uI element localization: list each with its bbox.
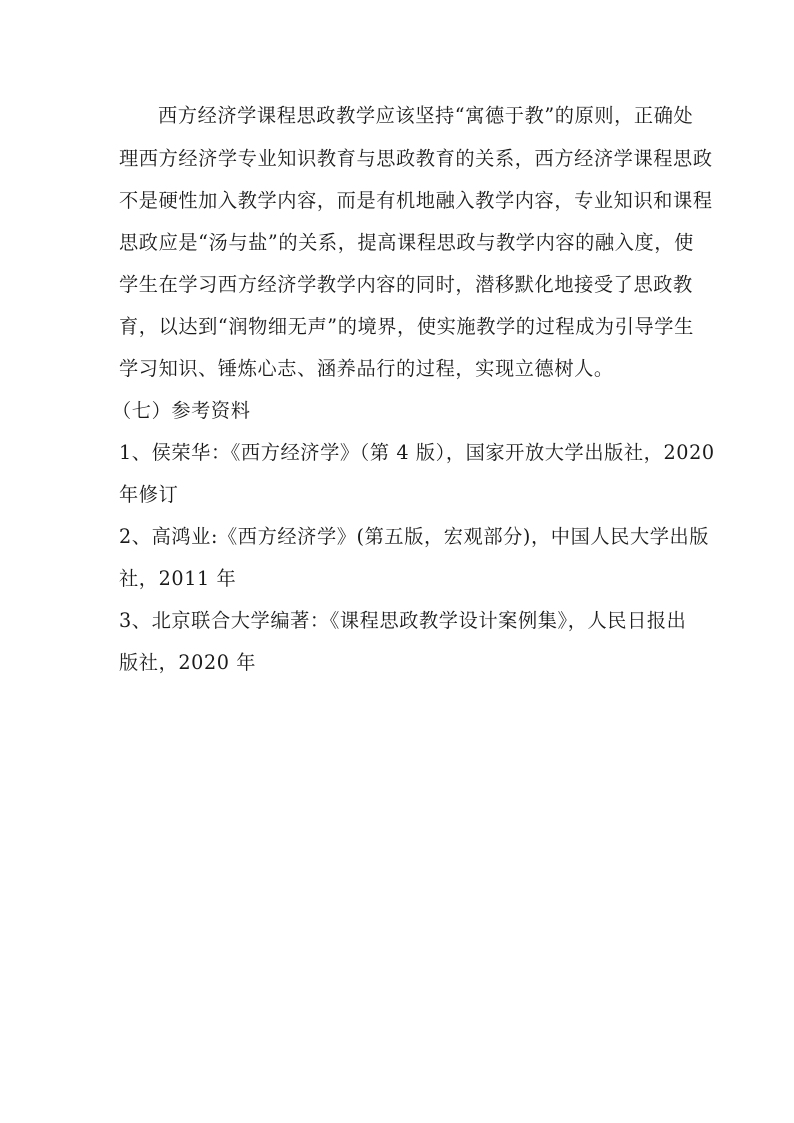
paragraph-line: 理西方经济学专业知识教育与思政教育的关系，西方经济学课程思政: [119, 147, 679, 171]
reference-item: 2、高鸿业:《西方经济学》(第五版，宏观部分)，中国人民大学出版: [119, 525, 679, 549]
reference-item-continued: 社，2011 年: [119, 567, 679, 591]
document-page: 西方经济学课程思政教学应该坚持“寓德于教”的原则，正确处 理西方经济学专业知识教…: [0, 0, 794, 1123]
reference-item-continued: 年修订: [119, 483, 679, 507]
reference-item: 3、北京联合大学编著：《课程思政教学设计案例集》，人民日报出: [119, 609, 679, 633]
reference-item: 1、侯荣华：《西方经济学》（第 4 版），国家开放大学出版社，2020: [119, 441, 679, 465]
paragraph-line: 思政应是“汤与盐”的关系，提高课程思政与教学内容的融入度，使: [119, 231, 679, 255]
section-heading: （七）参考资料: [112, 399, 672, 423]
paragraph-line: 学生在学习西方经济学教学内容的同时，潜移默化地接受了思政教: [119, 273, 679, 297]
reference-item-continued: 版社，2020 年: [119, 651, 679, 675]
paragraph-line: 学习知识、锤炼心志、涵养品行的过程，实现立德树人。: [119, 357, 679, 381]
paragraph-line: 不是硬性加入教学内容，而是有机地融入教学内容，专业知识和课程: [119, 189, 679, 213]
paragraph-line: 育，以达到“润物细无声”的境界，使实施教学的过程成为引导学生: [119, 315, 679, 339]
paragraph-line: 西方经济学课程思政教学应该坚持“寓德于教”的原则，正确处: [158, 104, 718, 128]
